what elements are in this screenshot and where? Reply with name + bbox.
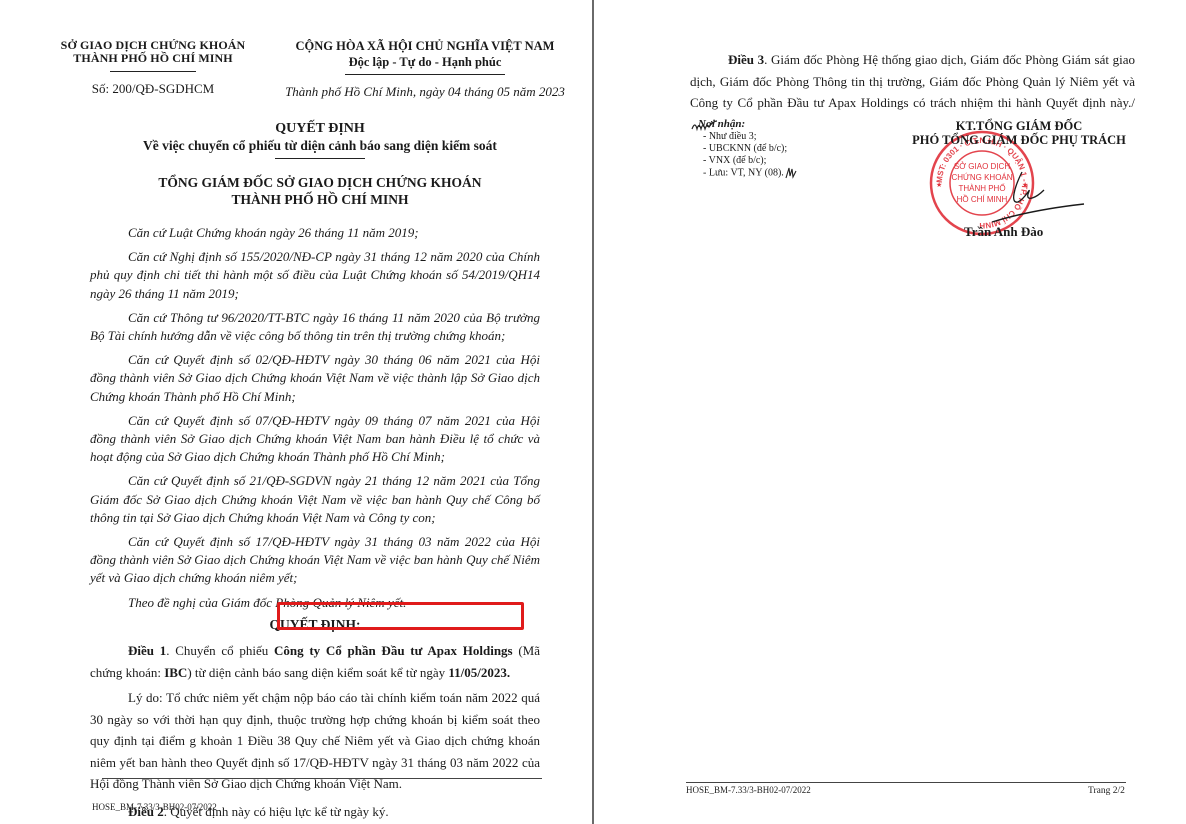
svg-text:★: ★ <box>936 181 942 189</box>
legal-basis-7: Căn cứ Quyết định số 17/QĐ-HĐTV ngày 31 … <box>90 533 540 588</box>
recipient-item: - Lưu: VT, NY (08). <box>698 167 798 179</box>
form-code: HOSE_BM-7.33/3-BH02-07/2022 <box>92 802 217 812</box>
article-1-text: . Chuyển cổ phiếu <box>166 643 274 658</box>
legal-basis-4: Căn cứ Quyết định số 02/QĐ-HĐTV ngày 30 … <box>90 351 540 406</box>
national-header: CỘNG HÒA XÃ HỘI CHỦ NGHĨA VIỆT NAM Độc l… <box>270 39 580 100</box>
national-motto: Độc lập - Tự do - Hạnh phúc <box>349 54 502 70</box>
decision-title: QUYẾT ĐỊNH Về việc chuyển cổ phiếu từ di… <box>90 120 550 159</box>
article-1: Điều 1. Chuyển cổ phiếu Công ty Cổ phần … <box>90 640 540 683</box>
document-page-2: Điều 3. Giám đốc Phòng Hệ thống giao dịc… <box>594 0 1186 824</box>
motto-rule <box>345 74 505 75</box>
decision-subject: Về việc chuyển cổ phiếu từ diện cảnh báo… <box>90 137 550 154</box>
handwritten-signature-icon <box>988 168 1088 228</box>
issuer-line1: TỔNG GIÁM ĐỐC SỞ GIAO DỊCH CHỨNG KHOÁN <box>90 174 550 191</box>
document-page-1: SỞ GIAO DỊCH CHỨNG KHOÁN THÀNH PHỐ HỒ CH… <box>0 0 593 824</box>
issuer-title: TỔNG GIÁM ĐỐC SỞ GIAO DỊCH CHỨNG KHOÁN T… <box>90 174 550 208</box>
legal-basis-5: Căn cứ Quyết định số 07/QĐ-HĐTV ngày 09 … <box>90 412 540 467</box>
highlight-box <box>277 602 524 630</box>
recipients-list: Nơi nhận: - Như điều 3; - UBCKNN (để b/c… <box>698 118 798 179</box>
effective-date: 11/05/2023. <box>448 665 510 680</box>
recipient-item: - Như điều 3; <box>698 131 798 143</box>
article-3-label: Điều 3 <box>728 52 764 67</box>
article-1-label: Điều 1 <box>128 643 166 658</box>
signature-title-line1: KT.TỔNG GIÁM ĐỐC <box>894 119 1144 133</box>
recipient-item-text: - Lưu: VT, NY (08). <box>703 167 784 178</box>
nation-title: CỘNG HÒA XÃ HỘI CHỦ NGHĨA VIỆT NAM <box>270 39 580 53</box>
ticker-code: IBC <box>164 665 187 680</box>
article-1-text: ) từ diện cảnh báo sang diện kiểm soát k… <box>187 665 448 680</box>
legal-basis-1: Căn cứ Luật Chứng khoán ngày 26 tháng 11… <box>90 224 540 242</box>
document-number: Số: 200/QĐ-SGDHCM <box>48 81 258 97</box>
handwritten-mark-icon <box>784 167 798 179</box>
legal-basis-2: Căn cứ Nghị định số 155/2020/NĐ-CP ngày … <box>90 248 540 303</box>
recipient-item: - UBCKNN (để b/c); <box>698 143 798 155</box>
title-rule <box>275 158 365 159</box>
decision-type: QUYẾT ĐỊNH <box>90 120 550 137</box>
legal-basis-3: Căn cứ Thông tư 96/2020/TT-BTC ngày 16 t… <box>90 309 540 345</box>
company-name: Công ty Cổ phần Đầu tư Apax Holdings <box>274 643 513 658</box>
issuing-agency-header: SỞ GIAO DỊCH CHỨNG KHOÁN THÀNH PHỐ HỒ CH… <box>48 39 258 97</box>
place-and-date: Thành phố Hồ Chí Minh, ngày 04 tháng 05 … <box>270 84 580 100</box>
signature-block: KT.TỔNG GIÁM ĐỐC PHÓ TỔNG GIÁM ĐỐC PHỤ T… <box>894 119 1144 147</box>
legal-basis-6: Căn cứ Quyết định số 21/QĐ-SGDVN ngày 21… <box>90 472 540 527</box>
decision-body: Căn cứ Luật Chứng khoán ngày 26 tháng 11… <box>90 224 540 824</box>
footer-rule <box>102 778 542 779</box>
footer-rule <box>686 782 1126 783</box>
recipients-title: Nơi nhận: <box>698 118 798 131</box>
page-number: Trang 2/2 <box>1088 786 1125 796</box>
signature-title-line2: PHÓ TỔNG GIÁM ĐỐC PHỤ TRÁCH <box>894 133 1144 147</box>
agency-name-line2: THÀNH PHỐ HỒ CHÍ MINH <box>48 52 258 65</box>
header-rule <box>110 71 196 72</box>
recipient-item: - VNX (để b/c); <box>698 155 798 167</box>
issuer-line2: THÀNH PHỐ HỒ CHÍ MINH <box>90 191 550 208</box>
form-code: HOSE_BM-7.33/3-BH02-07/2022 <box>686 785 811 795</box>
